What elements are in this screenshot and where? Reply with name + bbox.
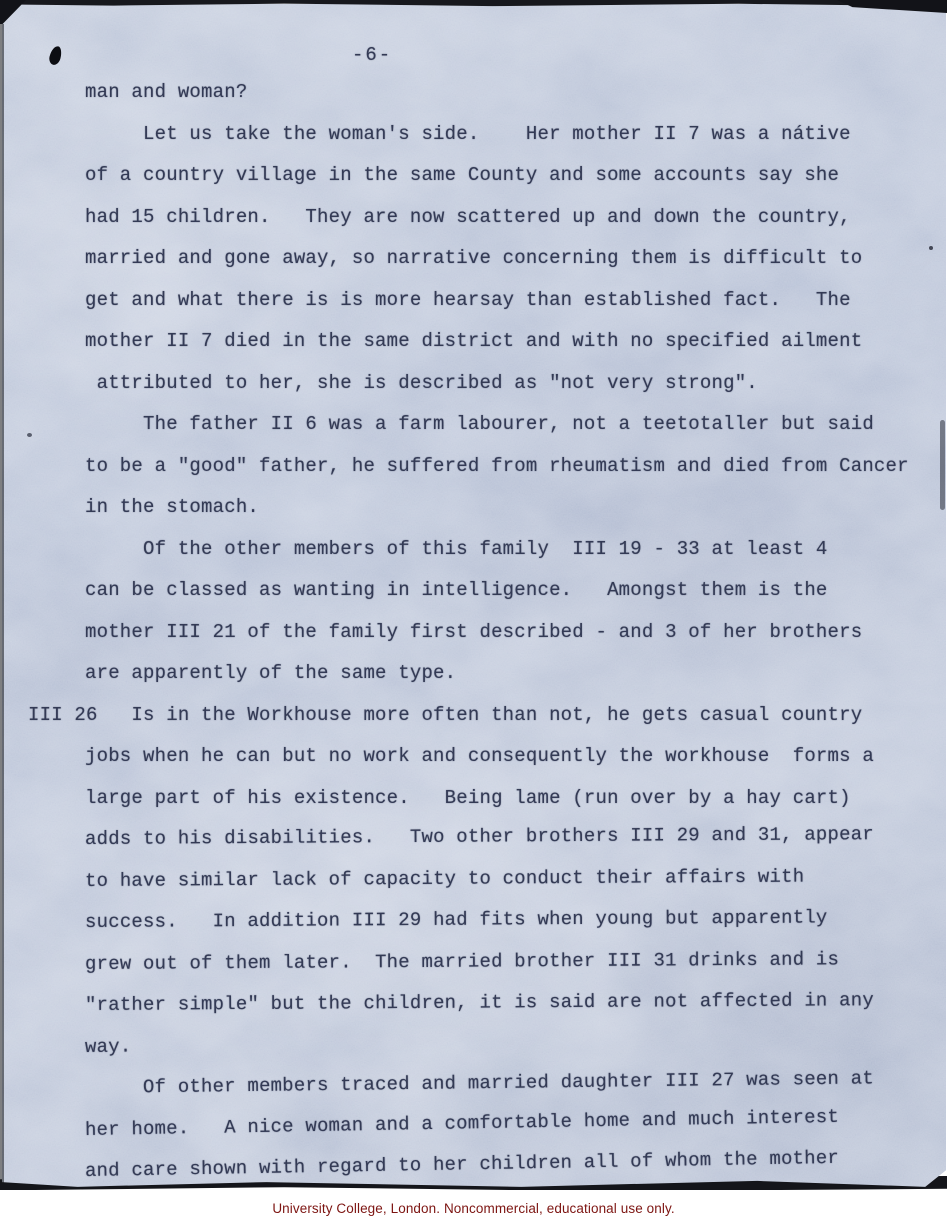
text-line: large part of his existence. Being lame …	[85, 778, 947, 820]
text-line: grew out of them later. The married brot…	[85, 938, 947, 985]
text-line-content: The father II 6 was a farm labourer, not…	[85, 413, 874, 435]
text-line-content: in the stomach.	[85, 496, 259, 518]
text-line-content: Of the other members of this family III …	[85, 538, 828, 560]
text-line: to have similar lack of capacity to cond…	[85, 855, 947, 902]
footer-strip: University College, London. Noncommercia…	[0, 1190, 947, 1226]
text-line: success. In addition III 29 had fits whe…	[85, 897, 947, 944]
text-line: get and what there is is more hearsay th…	[85, 280, 947, 322]
text-line-content: and care shown with regard to her childr…	[85, 1147, 839, 1182]
text-line: married and gone away, so narrative conc…	[85, 238, 947, 280]
text-line: The father II 6 was a farm labourer, not…	[85, 404, 947, 446]
text-line: mother III 21 of the family first descri…	[85, 612, 947, 654]
text-line-content: jobs when he can but no work and consequ…	[85, 745, 874, 767]
text-line: are apparently of the same type.	[85, 653, 947, 695]
scanned-document-page: -6- man and woman? Let us take the woman…	[0, 0, 947, 1226]
text-line-content: to be a "good" father, he suffered from …	[85, 455, 909, 477]
text-line-content: had 15 children. They are now scattered …	[85, 206, 851, 228]
text-line-content: large part of his existence. Being lame …	[85, 787, 851, 809]
text-line-content: man and woman?	[85, 81, 247, 103]
text-line-content: can be classed as wanting in intelligenc…	[85, 579, 828, 601]
scan-edge-smudge	[940, 420, 945, 510]
text-line: jobs when he can but no work and consequ…	[85, 736, 947, 778]
text-line: can be classed as wanting in intelligenc…	[85, 570, 947, 612]
text-line-content: her home. A nice woman and a comfortable…	[85, 1105, 839, 1140]
text-line-content: mother II 7 died in the same district an…	[85, 330, 862, 352]
text-line: adds to his disabilities. Two other brot…	[85, 814, 947, 861]
text-line-content: to have similar lack of capacity to cond…	[85, 865, 804, 891]
paper-speck	[27, 433, 32, 437]
text-line-content: Is in the Workhouse more often than not,…	[85, 704, 862, 726]
typewritten-text: man and woman? Let us take the woman's s…	[85, 72, 947, 1193]
text-line-content: married and gone away, so narrative conc…	[85, 247, 862, 269]
text-line-content: of a country village in the same County …	[85, 164, 839, 186]
text-line-content: are apparently of the same type.	[85, 662, 456, 684]
text-line-content: adds to his disabilities. Two other brot…	[85, 823, 874, 850]
text-line: in the stomach.	[85, 487, 947, 529]
text-line-content: grew out of them later. The married brot…	[85, 948, 839, 975]
text-line: Let us take the woman's side. Her mother…	[85, 114, 947, 156]
text-line: attributed to her, she is described as "…	[85, 363, 947, 405]
text-line: of a country village in the same County …	[85, 155, 947, 197]
text-line-content: "rather simple" but the children, it is …	[85, 989, 874, 1016]
text-line: mother II 7 died in the same district an…	[85, 321, 947, 363]
text-line: Of the other members of this family III …	[85, 529, 947, 571]
margin-label: III 26	[28, 695, 98, 737]
text-line-content: Let us take the woman's side. Her mother…	[85, 123, 851, 145]
page-number: -6-	[352, 44, 392, 66]
scan-left-edge	[0, 24, 4, 1184]
text-line-content: way.	[85, 1035, 132, 1058]
text-line: to be a "good" father, he suffered from …	[85, 446, 947, 488]
text-line-content: success. In addition III 29 had fits whe…	[85, 906, 828, 933]
text-line-content: get and what there is is more hearsay th…	[85, 289, 851, 311]
text-line: had 15 children. They are now scattered …	[85, 197, 947, 239]
paper-speck	[929, 246, 933, 250]
text-line-content: Of other members traced and married daug…	[85, 1067, 874, 1099]
credit-line: University College, London. Noncommercia…	[272, 1201, 674, 1216]
text-line-content: mother III 21 of the family first descri…	[85, 621, 862, 643]
text-line-content: attributed to her, she is described as "…	[85, 372, 758, 394]
text-line: III 26 Is in the Workhouse more often th…	[85, 695, 947, 737]
text-line: man and woman?	[85, 72, 947, 114]
